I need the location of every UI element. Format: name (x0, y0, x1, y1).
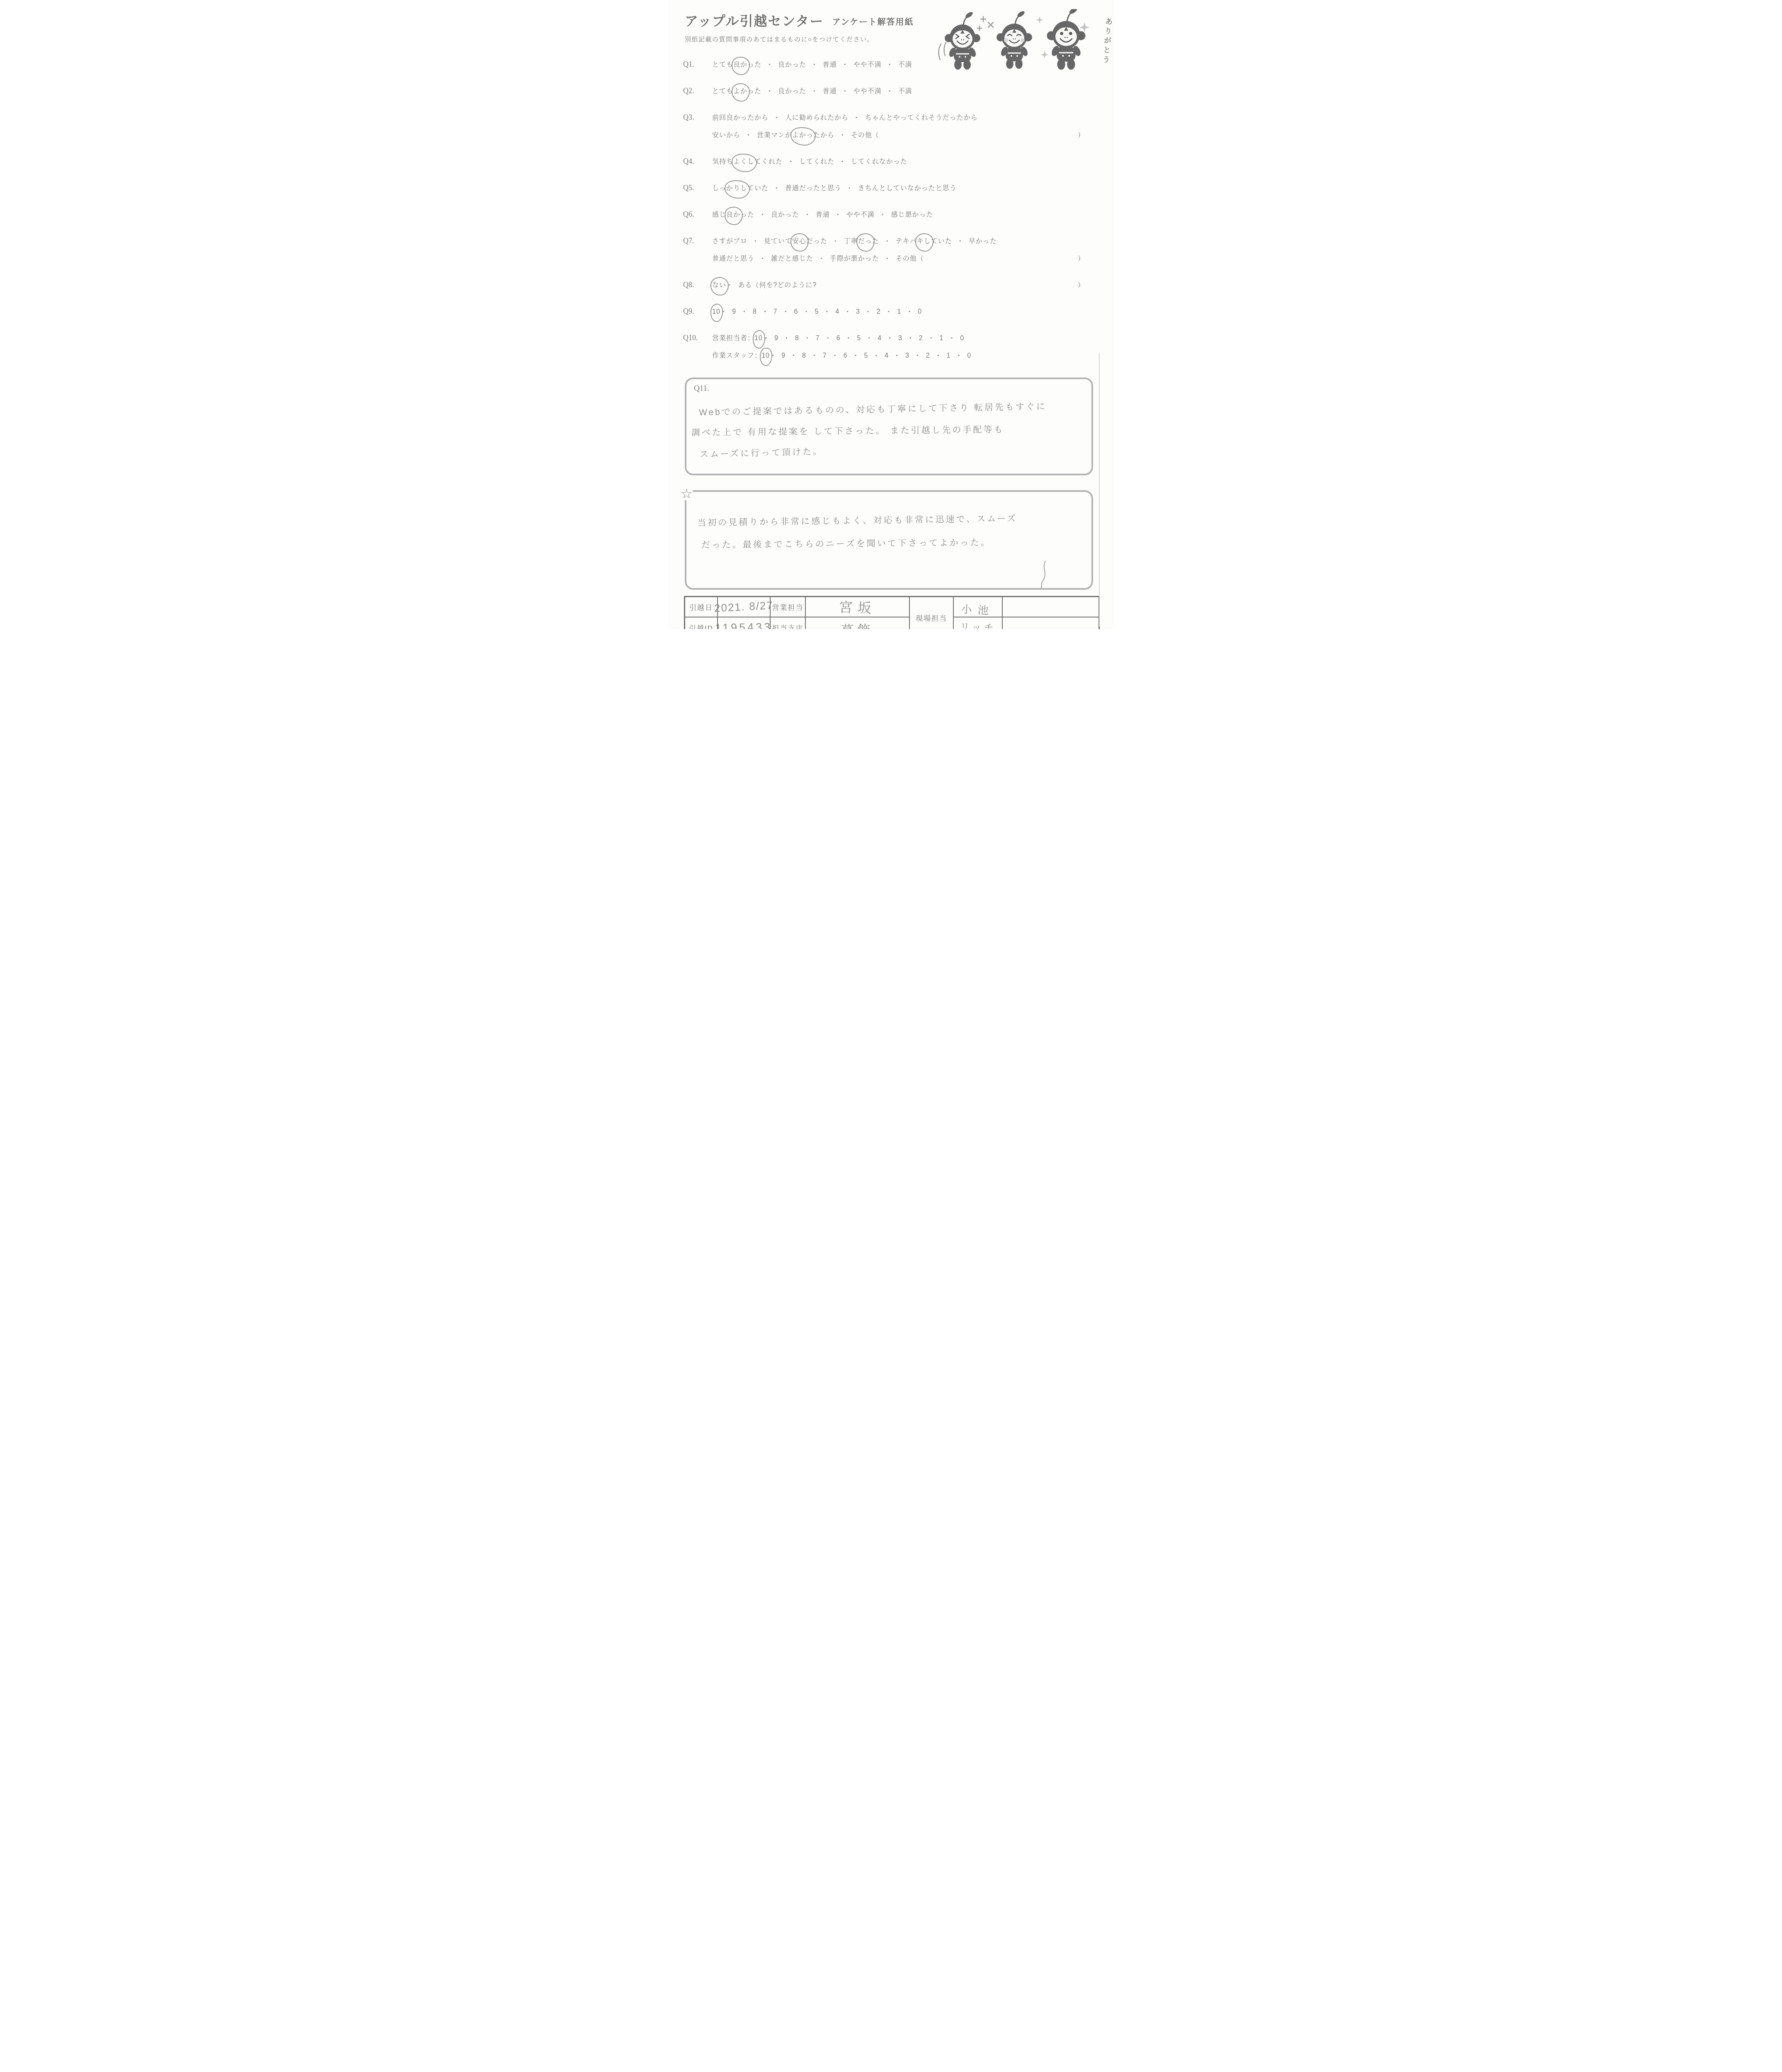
option-text: 営業担当者： (712, 334, 754, 344)
monkey-smiling-icon (1047, 9, 1086, 70)
circled-answer: 10 (754, 334, 763, 344)
monkeys-artwork (937, 9, 1098, 82)
option-text: ・ 9 ・ 8 ・ 7 ・ 6 ・ 5 ・ 4 ・ 3 ・ 2 ・ 1 ・ 0 (763, 334, 964, 344)
brand-title: アップル引越センター (685, 11, 824, 30)
question-id: Q8. (683, 281, 712, 289)
mascot-illustration: ありがとう (937, 9, 1113, 84)
option-text: 普通だと思う ・ 雑だと感じた ・ 手際が悪かった ・ その他（ (712, 254, 924, 264)
option-text: しっ (712, 184, 726, 194)
question-id: Q2. (683, 87, 712, 95)
monkey-blushing-icon (996, 10, 1032, 69)
footer-table: 引越日 2021. 8/27 営業担当 宮坂 現場担当 小池 引越ID 1195… (684, 596, 1100, 629)
table-empty-cell (1003, 597, 1098, 617)
circled-answer: よくし (733, 157, 754, 167)
table-value-move-id: 1195433 (718, 617, 771, 629)
option-text: だった ・ 丁寧 (806, 237, 858, 247)
question-options: とてもよかった ・ 良かった ・ 普通 ・ やや不満 ・ 不満 (712, 87, 1114, 97)
thanks-vertical-text: ありがとう (1100, 17, 1114, 65)
q11-comment-box: Q11. Webでのご提案ではあるものの、対応も丁寧にして下さり 転居先もすぐに… (685, 378, 1093, 475)
q11-handwriting: Webでのご提案ではあるものの、対応も丁寧にして下さり 転居先もすぐに調べた上で… (686, 379, 1091, 455)
option-text: った ・ 良かった ・ 普通 ・ やや不満 ・ 不満 (747, 60, 912, 70)
question-id: Q7. (683, 237, 712, 245)
question-id: Q9. (683, 307, 712, 316)
question-row: Q8.ない ・ ある（何を?どのように?） (683, 281, 1114, 290)
option-text: ていた ・ 普通だったと思う ・ きちんとしていなかったと思う (747, 184, 957, 194)
table-label-site-rep: 現場担当 (910, 597, 954, 629)
handwriting-line: Webでのご提案ではあるものの、対応も丁寧にして下さり 転居先もすぐに (699, 399, 1091, 419)
option-text: ） (1078, 281, 1085, 290)
star-icon: ☆ (681, 487, 693, 500)
question-id: Q3. (683, 113, 712, 122)
table-value-site-rep-bottom: リッチ (954, 617, 1003, 629)
question-row: Q5.しっかりしていた ・ 普通だったと思う ・ きちんとしていなかったと思う (683, 184, 1114, 194)
option-text: 感じ (712, 210, 726, 220)
option-line: 前回良かったから ・ 人に勧められたから ・ ちゃんとやってくれそうだったから (712, 113, 1085, 123)
option-line: ない ・ ある（何を?どのように?） (712, 281, 1085, 290)
handwriting-line: スムーズに行って頂けた。 (700, 438, 1091, 460)
option-text: とても (712, 60, 733, 70)
option-text: ・ 9 ・ 8 ・ 7 ・ 6 ・ 5 ・ 4 ・ 3 ・ 2 ・ 1 ・ 0 (770, 351, 971, 361)
monkey-laughing-icon (945, 11, 980, 70)
question-row: Q4.気持ちよくしてくれた ・ してくれた ・ してくれなかった (683, 157, 1114, 167)
question-row: Q10.営業担当者：10 ・ 9 ・ 8 ・ 7 ・ 6 ・ 5 ・ 4 ・ 3… (683, 334, 1114, 361)
question-id: Q11. (694, 384, 709, 393)
option-text: 作業スタッフ： (712, 351, 761, 361)
table-label-move-date: 引越日 (685, 597, 718, 617)
option-text: ていた ・ 早かった (931, 237, 997, 247)
question-id: Q1. (683, 60, 712, 69)
table-label-sales-rep: 営業担当 (771, 597, 806, 617)
option-text: った ・ 良かった ・ 普通 ・ やや不満 ・ 不満 (747, 87, 912, 97)
circled-answer: 10 (712, 307, 720, 317)
option-text: ・ ある（何を?どのように? (726, 281, 817, 290)
question-row: Q9.10 ・ 9 ・ 8 ・ 7 ・ 6 ・ 5 ・ 4 ・ 3 ・ 2 ・ … (683, 307, 1114, 317)
sparkle-cross-icon (977, 17, 993, 30)
table-value-branch: 葛飾 (806, 617, 910, 629)
question-id: Q5. (683, 184, 712, 192)
question-id: Q4. (683, 157, 712, 166)
option-text: 安いから ・ 営業マンが (712, 131, 792, 140)
scan-crease-artifact (1099, 353, 1100, 627)
circled-answer: よかっ (792, 131, 813, 140)
option-text: てくれた ・ してくれた ・ してくれなかった (754, 157, 907, 167)
circled-answer: 10 (761, 351, 770, 361)
circled-answer: だっ (858, 237, 872, 247)
question-id: Q10. (683, 334, 712, 342)
question-options: 感じ良かった ・ 良かった ・ 普通 ・ やや不満 ・ 感じ悪かった (712, 210, 1114, 220)
question-options: しっかりしていた ・ 普通だったと思う ・ きちんとしていなかったと思う (712, 184, 1114, 194)
option-text: ・ 9 ・ 8 ・ 7 ・ 6 ・ 5 ・ 4 ・ 3 ・ 2 ・ 1 ・ 0 (720, 307, 922, 317)
option-text: ） (1078, 131, 1085, 140)
circled-answer: 安心 (792, 237, 806, 247)
circled-answer: キし (917, 237, 931, 247)
option-line: 10 ・ 9 ・ 8 ・ 7 ・ 6 ・ 5 ・ 4 ・ 3 ・ 2 ・ 1 ・… (712, 307, 1085, 317)
option-line: 感じ良かった ・ 良かった ・ 普通 ・ やや不満 ・ 感じ悪かった (712, 210, 1085, 220)
question-id: Q6. (683, 210, 712, 219)
option-line: 気持ちよくしてくれた ・ してくれた ・ してくれなかった (712, 157, 1085, 167)
option-text: たから ・ その他（ (813, 131, 879, 140)
option-line: とてもよかった ・ 良かった ・ 普通 ・ やや不満 ・ 不満 (712, 87, 1085, 97)
option-line: 営業担当者：10 ・ 9 ・ 8 ・ 7 ・ 6 ・ 5 ・ 4 ・ 3 ・ 2… (712, 334, 1085, 344)
option-line: 安いから ・ 営業マンがよかったから ・ その他（） (712, 131, 1085, 140)
table-value-site-rep-top: 小池 (954, 597, 1003, 617)
option-line: さすがプロ ・ 見ていて安心だった ・ 丁寧だった ・ テキパキしていた ・ 早… (712, 237, 1085, 247)
option-text: 気持ち (712, 157, 733, 167)
handwriting-line: 当初の見積りから非常に感じもよく、対応も非常に迅速で、スムーズ (697, 511, 1091, 528)
option-text: た ・ テキパ (872, 237, 917, 247)
survey-sheet-scan: アップル引越センター アンケート解答用紙 別紙記載の質問事項のあてはまるものに○… (668, 0, 1114, 629)
question-options: さすがプロ ・ 見ていて安心だった ・ 丁寧だった ・ テキパキしていた ・ 早… (712, 237, 1114, 264)
question-row: Q3.前回良かったから ・ 人に勧められたから ・ ちゃんとやってくれそうだった… (683, 113, 1114, 140)
option-text: 前回良かったから ・ 人に勧められたから ・ ちゃんとやってくれそうだったから (712, 113, 978, 123)
option-text: とても (712, 87, 733, 97)
question-row: Q7.さすがプロ ・ 見ていて安心だった ・ 丁寧だった ・ テキパキしていた … (683, 237, 1114, 264)
sheet-title: アンケート解答用紙 (832, 15, 914, 27)
option-line: しっかりしていた ・ 普通だったと思う ・ きちんとしていなかったと思う (712, 184, 1085, 194)
question-options: ない ・ ある（何を?どのように?） (712, 281, 1114, 290)
handwriting-line: 調べた上で 有用な提案を して下さった。 また引越し先の手配等も (691, 422, 1091, 438)
pen-squiggle-artifact (1036, 560, 1050, 589)
option-text: った ・ 良かった ・ 普通 ・ やや不満 ・ 感じ悪かった (740, 210, 933, 220)
table-value-sales-rep: 宮坂 (806, 597, 910, 617)
question-row: Q6.感じ良かった ・ 良かった ・ 普通 ・ やや不満 ・ 感じ悪かった (683, 210, 1114, 220)
star-handwriting: 当初の見積りから非常に感じもよく、対応も非常に迅速で、スムーズだった。最後までこ… (686, 492, 1091, 549)
circled-answer: よか (733, 87, 747, 97)
question-row: Q2.とてもよかった ・ 良かった ・ 普通 ・ やや不満 ・ 不満 (683, 87, 1114, 97)
table-empty-cell (1003, 617, 1098, 629)
star-comment-box: ☆ 当初の見積りから非常に感じもよく、対応も非常に迅速で、スムーズだった。最後ま… (685, 490, 1093, 590)
circled-answer: 良か (733, 60, 747, 70)
questions-list: Q1.とても良かった ・ 良かった ・ 普通 ・ やや不満 ・ 不満Q2.とても… (668, 60, 1114, 361)
option-line: 作業スタッフ：10 ・ 9 ・ 8 ・ 7 ・ 6 ・ 5 ・ 4 ・ 3 ・ … (712, 351, 1085, 361)
table-value-move-date: 2021. 8/27 (718, 597, 771, 617)
question-options: 10 ・ 9 ・ 8 ・ 7 ・ 6 ・ 5 ・ 4 ・ 3 ・ 2 ・ 1 ・… (712, 307, 1114, 317)
table-label-move-id: 引越ID (685, 617, 718, 629)
circled-answer: ない (712, 281, 726, 290)
option-line: 普通だと思う ・ 雑だと感じた ・ 手際が悪かった ・ その他（） (712, 254, 1085, 264)
table-label-branch: 担当支店 (771, 617, 806, 629)
motion-lines-icon (938, 42, 946, 60)
question-options: 営業担当者：10 ・ 9 ・ 8 ・ 7 ・ 6 ・ 5 ・ 4 ・ 3 ・ 2… (712, 334, 1114, 361)
question-options: 気持ちよくしてくれた ・ してくれた ・ してくれなかった (712, 157, 1114, 167)
circled-answer: かりし (726, 184, 747, 194)
option-text: さすがプロ ・ 見ていて (712, 237, 792, 247)
question-options: 前回良かったから ・ 人に勧められたから ・ ちゃんとやってくれそうだったから安… (712, 113, 1114, 140)
option-text: ） (1078, 254, 1085, 264)
circled-answer: 良か (726, 210, 740, 220)
handwriting-line: だった。最後までこちらのニーズを聞いて下さってよかった。 (701, 535, 1091, 551)
